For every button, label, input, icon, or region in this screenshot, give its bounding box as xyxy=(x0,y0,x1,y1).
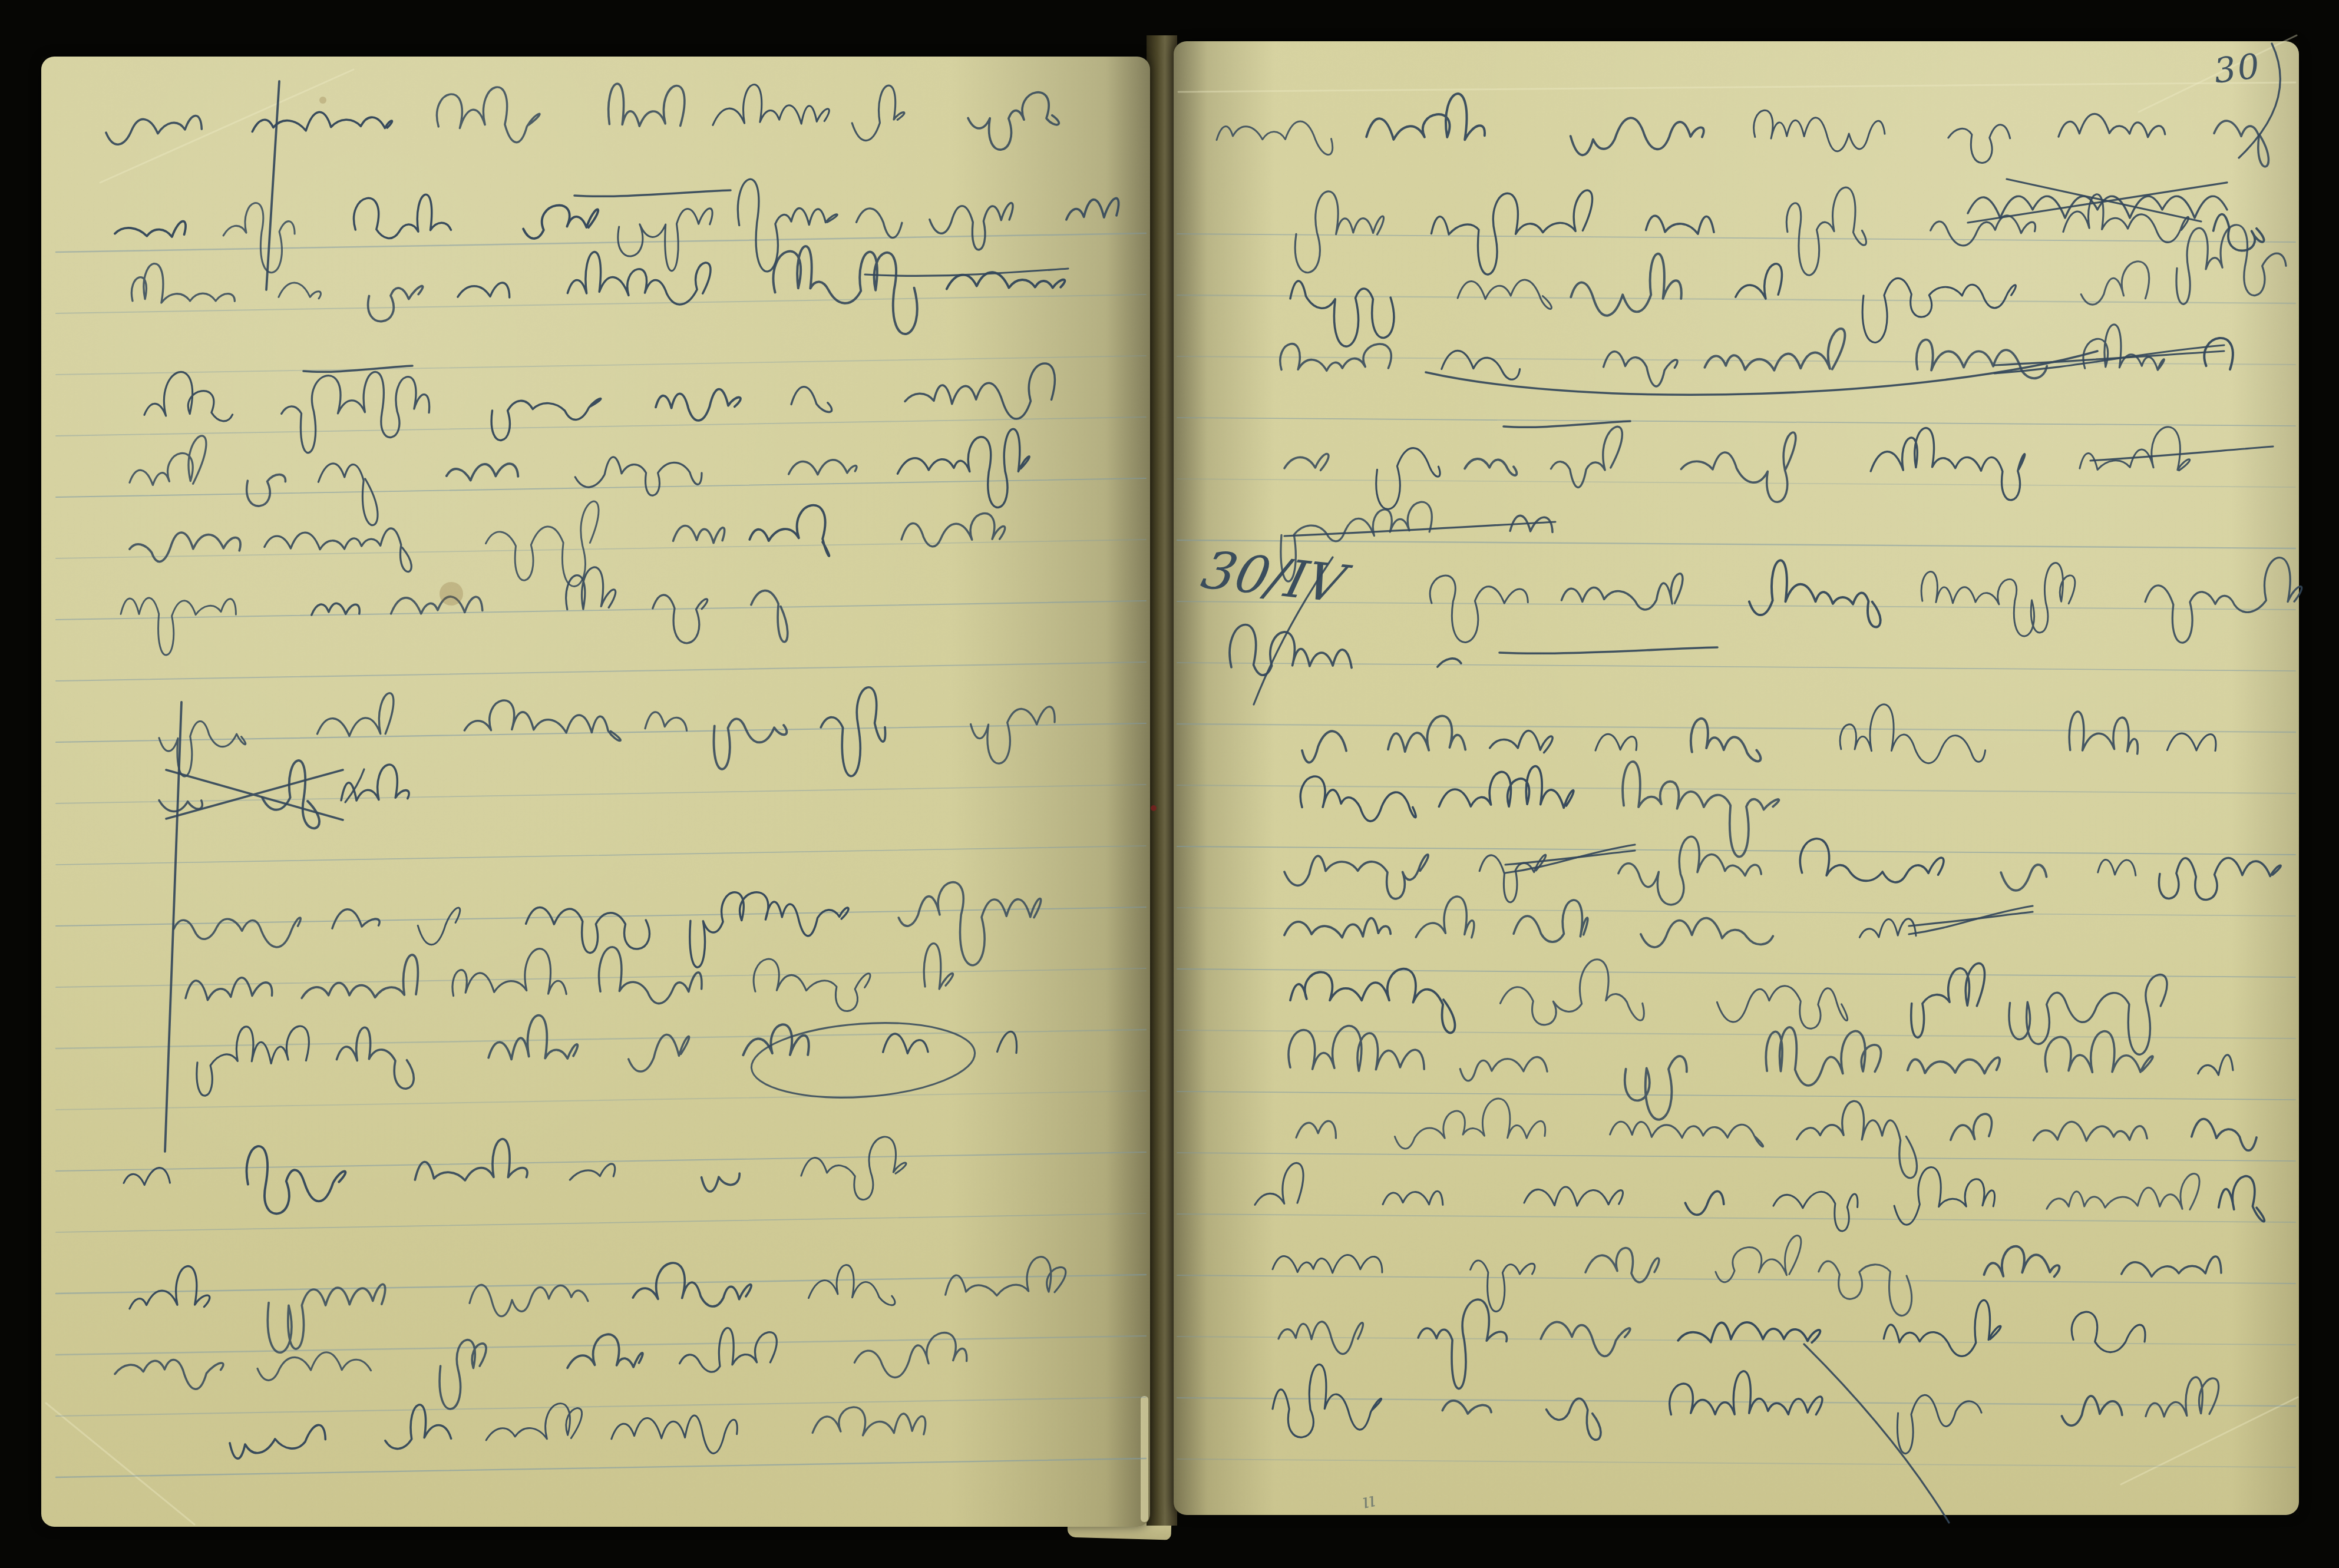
paper-texture-right xyxy=(1174,41,2299,1515)
scanned-notebook-spread: 30 30/IV ıı xyxy=(0,0,2339,1568)
handwriting-overlay xyxy=(0,0,2339,1568)
page-number: 30 xyxy=(2212,45,2264,91)
